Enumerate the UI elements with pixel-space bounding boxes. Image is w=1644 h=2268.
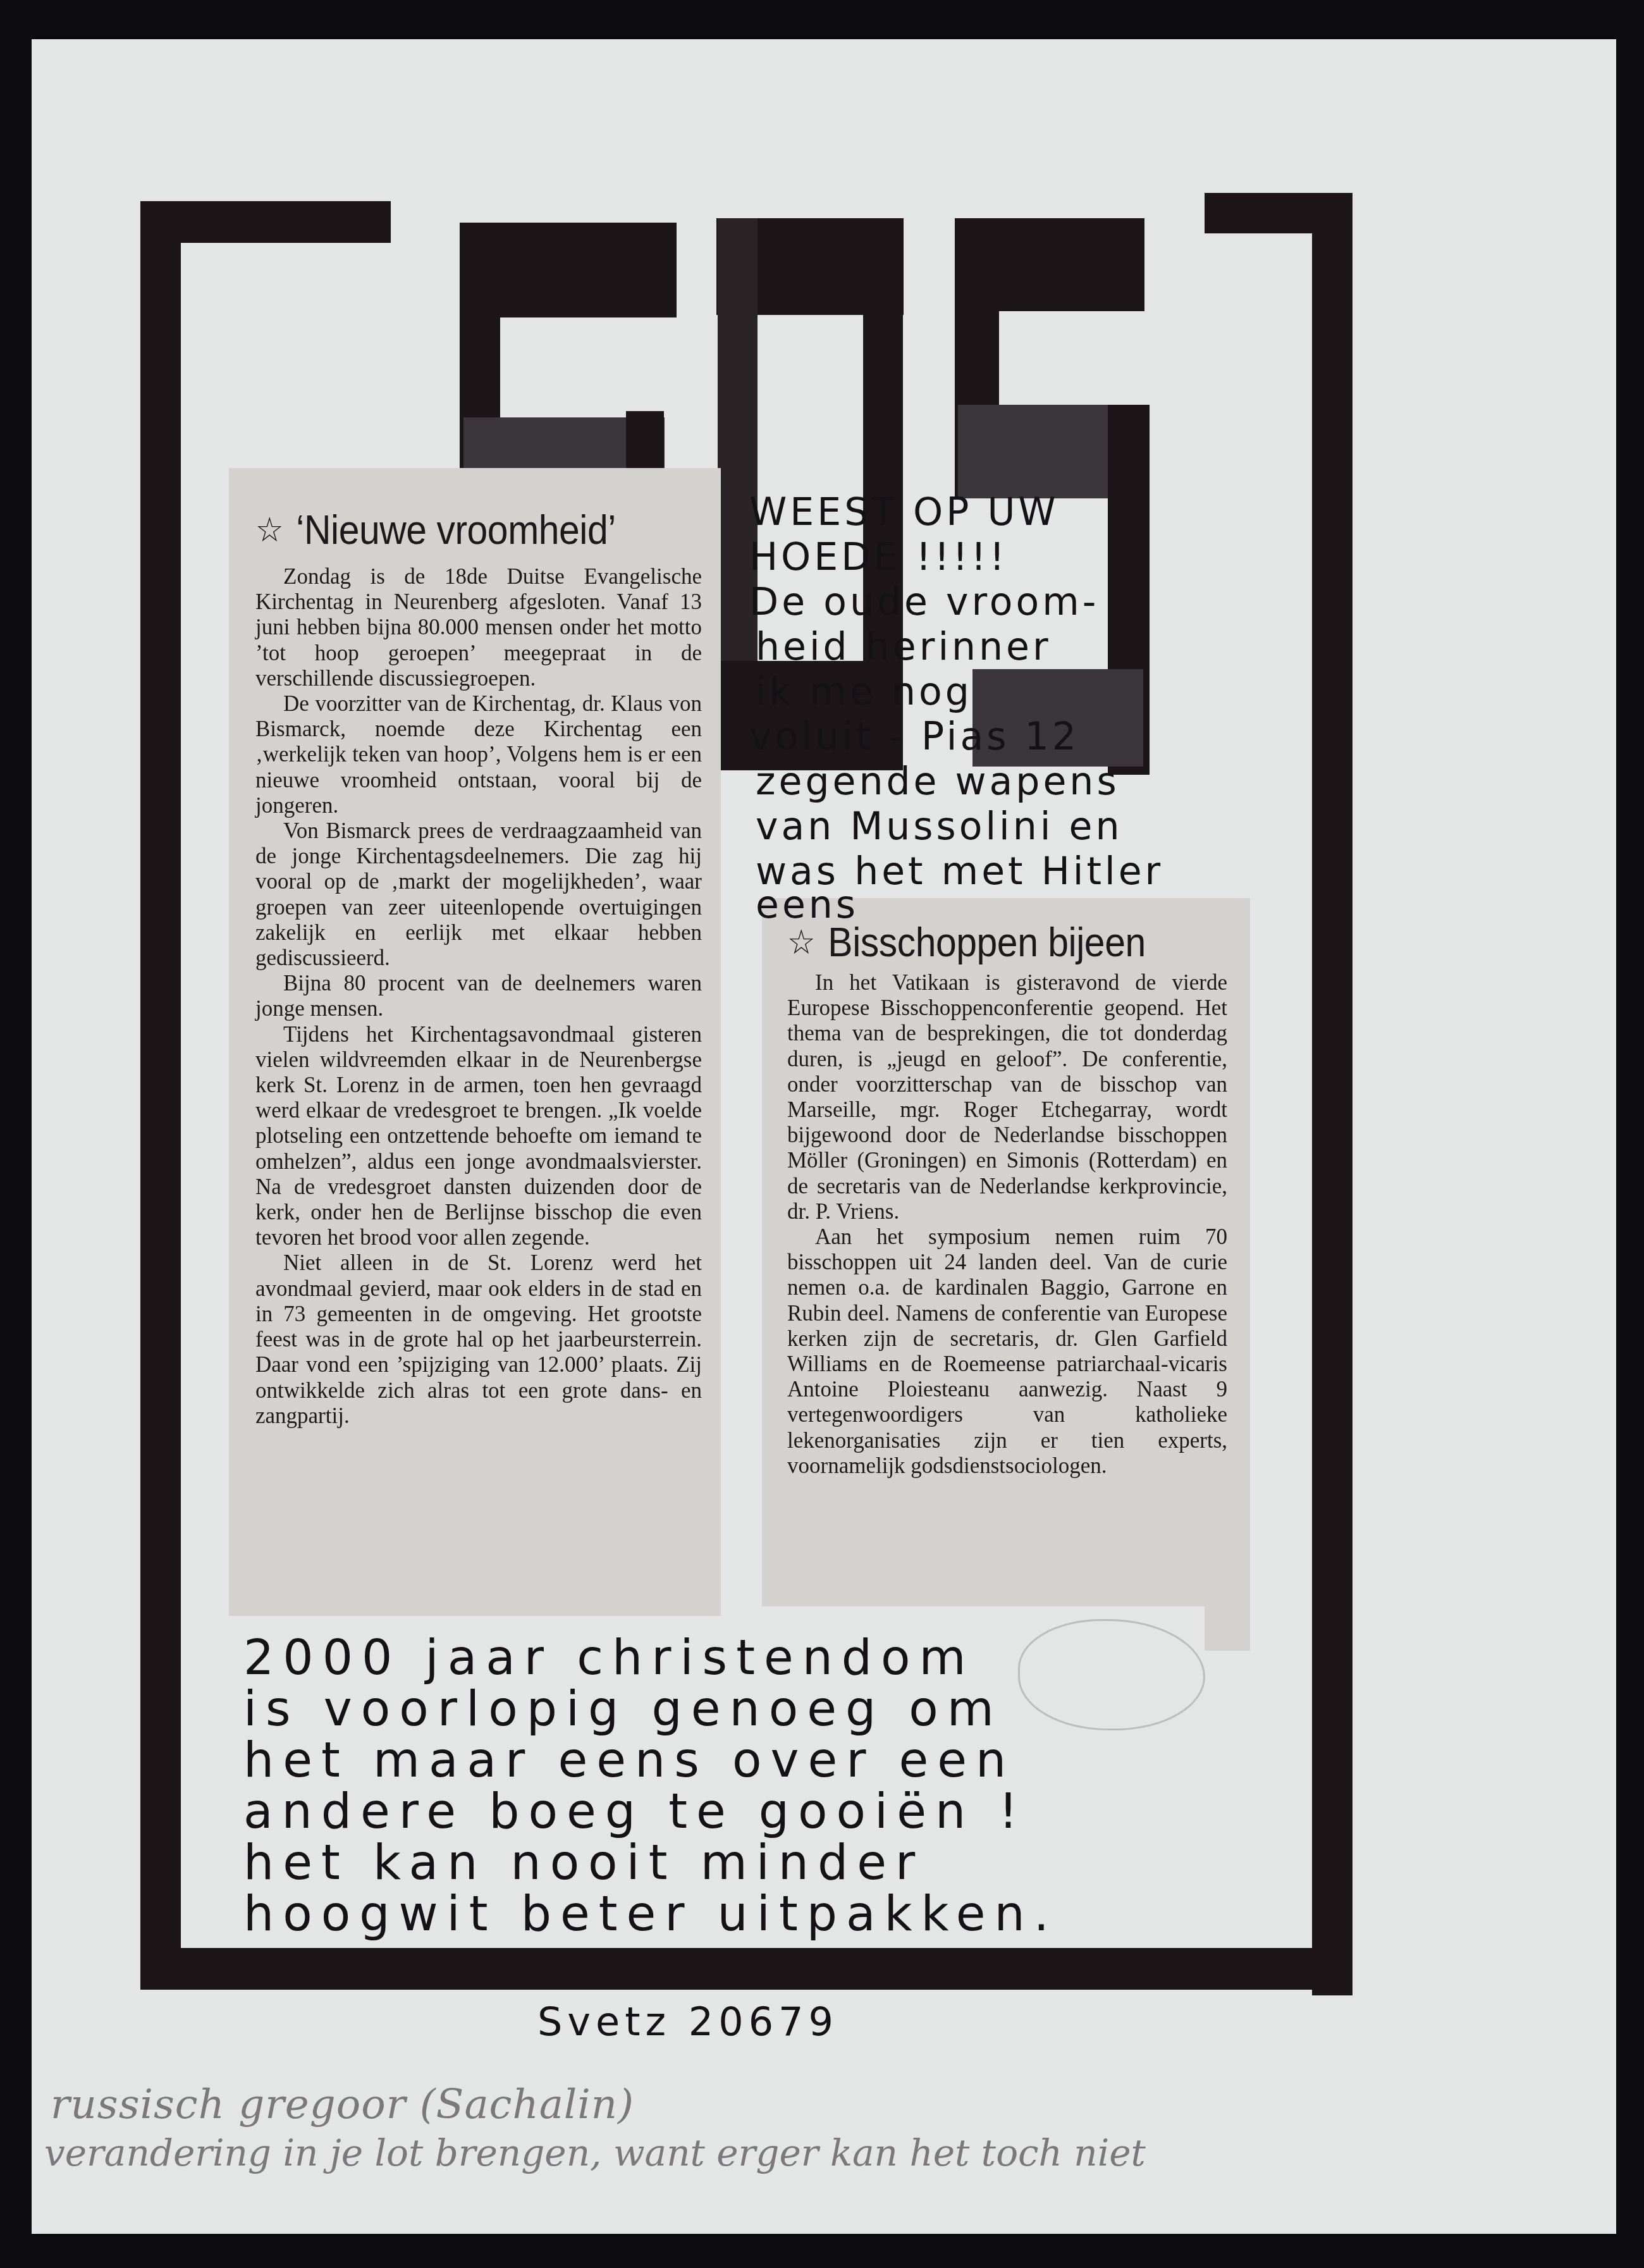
star-outline-icon: ☆	[255, 505, 283, 555]
pencil-note: russisch gregoor (Sachalin) verandering …	[44, 2081, 1146, 2177]
handwritten-line: eens	[749, 894, 1163, 916]
handwritten-line: WEEST OP UW	[749, 490, 1163, 535]
handwritten-line: De oude vroom-	[749, 580, 1163, 625]
clipping-paragraph: Zondag is de 18de Duitse Evangelische Ki…	[255, 564, 702, 691]
clipping-body: In het Vatikaan is gisteravond de vierde…	[787, 970, 1227, 1479]
pencil-line: verandering in je lot brengen, want erge…	[44, 2129, 1146, 2177]
newspaper-clipping-bisschoppen-bijeen: ☆Bisschoppen bijeen In het Vatikaan is g…	[762, 898, 1250, 1606]
handwritten-line: is voorlopig genoeg om	[243, 1683, 1058, 1734]
handwritten-line: het kan nooit minder	[243, 1837, 1058, 1888]
handwritten-line: het maar eens over een	[243, 1734, 1058, 1785]
clipping-paragraph: In het Vatikaan is gisteravond de vierde…	[787, 970, 1227, 1224]
handwritten-line: van Mussolini en	[749, 804, 1163, 849]
handwritten-line: hoogwit beter uitpakken.	[243, 1888, 1058, 1939]
handwritten-warning-note: WEEST OP UW HOEDE !!!!! De oude vroom- h…	[749, 490, 1163, 916]
pencil-line: russisch gregoor (Sachalin)	[44, 2081, 1146, 2129]
clipping-paragraph: De voorzitter van de Kirchentag, dr. Kla…	[255, 691, 702, 818]
frame-bottom-bar	[140, 1948, 1353, 1990]
clipping-headline: ☆‘Nieuwe vroomheid’	[255, 505, 666, 555]
clipping-paragraph: Aan het symposium nemen ruim 70 bisschop…	[787, 1224, 1227, 1479]
handwritten-line: heid herinner	[749, 625, 1163, 670]
handwritten-line: HOEDE !!!!!	[749, 535, 1163, 580]
handwritten-line: 2000 jaar christendom	[243, 1632, 1058, 1683]
clipping-paragraph: Tijdens het Kirchentagsavondmaal gistere…	[255, 1022, 702, 1251]
handwritten-line: zegende wapens	[749, 760, 1163, 804]
clipping-paragraph: Bijna 80 procent van de deelnemers waren…	[255, 971, 702, 1021]
clipping-torn-flap	[1205, 1600, 1250, 1651]
newspaper-clipping-nieuwe-vroomheid: ☆‘Nieuwe vroomheid’ Zondag is de 18de Du…	[229, 468, 721, 1616]
handwritten-line: ik me nog	[749, 670, 1163, 715]
frame-left-bar	[140, 201, 181, 1990]
handwritten-line: voluit - Pias 12	[749, 715, 1163, 760]
clipping-body: Zondag is de 18de Duitse Evangelische Ki…	[255, 564, 702, 1429]
clipping-paragraph: Von Bismarck prees de verdraagzaamheid v…	[255, 818, 702, 971]
archive-reference-number: Svetz 20679	[537, 1999, 838, 2045]
frame-right-bar	[1312, 193, 1353, 1995]
handwritten-statement: 2000 jaar christendom is voorlopig genoe…	[243, 1632, 1058, 1939]
handwritten-line: andere boeg te gooiën !	[243, 1785, 1058, 1837]
clipping-paragraph: Niet alleen in de St. Lorenz werd het av…	[255, 1250, 702, 1428]
